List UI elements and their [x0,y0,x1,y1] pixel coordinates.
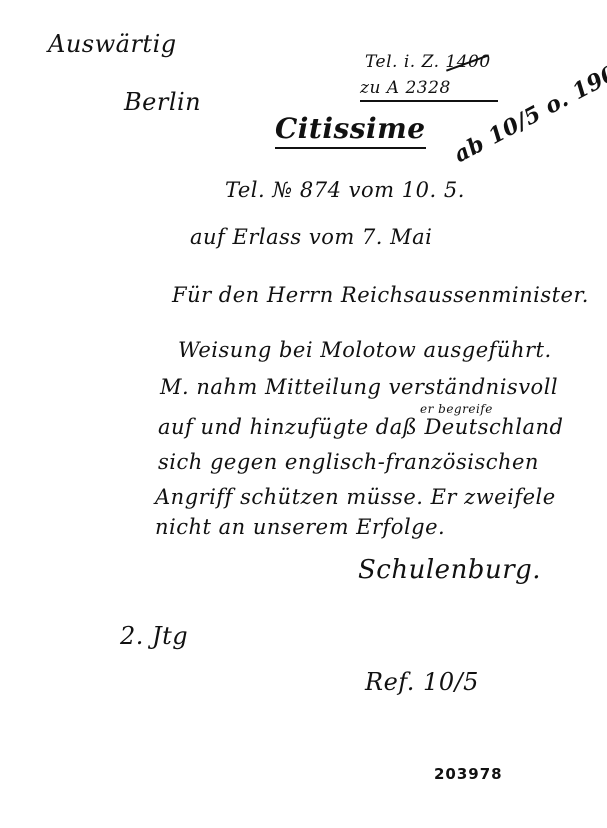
routing-line-1: Tel. i. Z. 1400 [365,52,491,72]
body-line-1: Weisung bei Molotow ausgeführt. [178,338,552,362]
body-line-2: M. nahm Mitteilung verständnisvoll [160,375,558,399]
body-line-6: nicht an unserem Erfolge. [155,515,445,539]
sender-line-1: Auswärtig [48,30,177,58]
signature: Schulenburg. [358,555,541,585]
routing-struck-number: 1400 [445,52,490,72]
addressee-line: Für den Herrn Reichsaussenminister. [172,283,589,307]
sender-line-2: Berlin [124,88,201,116]
body-line-3: auf und hinzufügte daß Deutschland [158,415,563,439]
initials-note: Ref. 10/5 [365,668,479,696]
decree-reference: auf Erlass vom 7. Mai [190,225,432,249]
priority-marking: Citissime [275,112,426,145]
body-line-4: sich gegen englisch-französischen [158,450,539,474]
routing-prefix: Tel. i. Z. [365,52,440,72]
body-line-5: Angriff schützen müsse. Er zweifele [155,485,556,509]
telegram-reference: Tel. № 874 vom 10. 5. [225,178,465,202]
archive-stamp-number: 203978 [434,765,503,783]
file-note: 2. Jtg [120,622,188,650]
routing-line-2: zu A 2328 [360,78,498,102]
priority-label: Citissime [275,112,426,149]
interlinear-insertion: er begreife [420,402,493,416]
